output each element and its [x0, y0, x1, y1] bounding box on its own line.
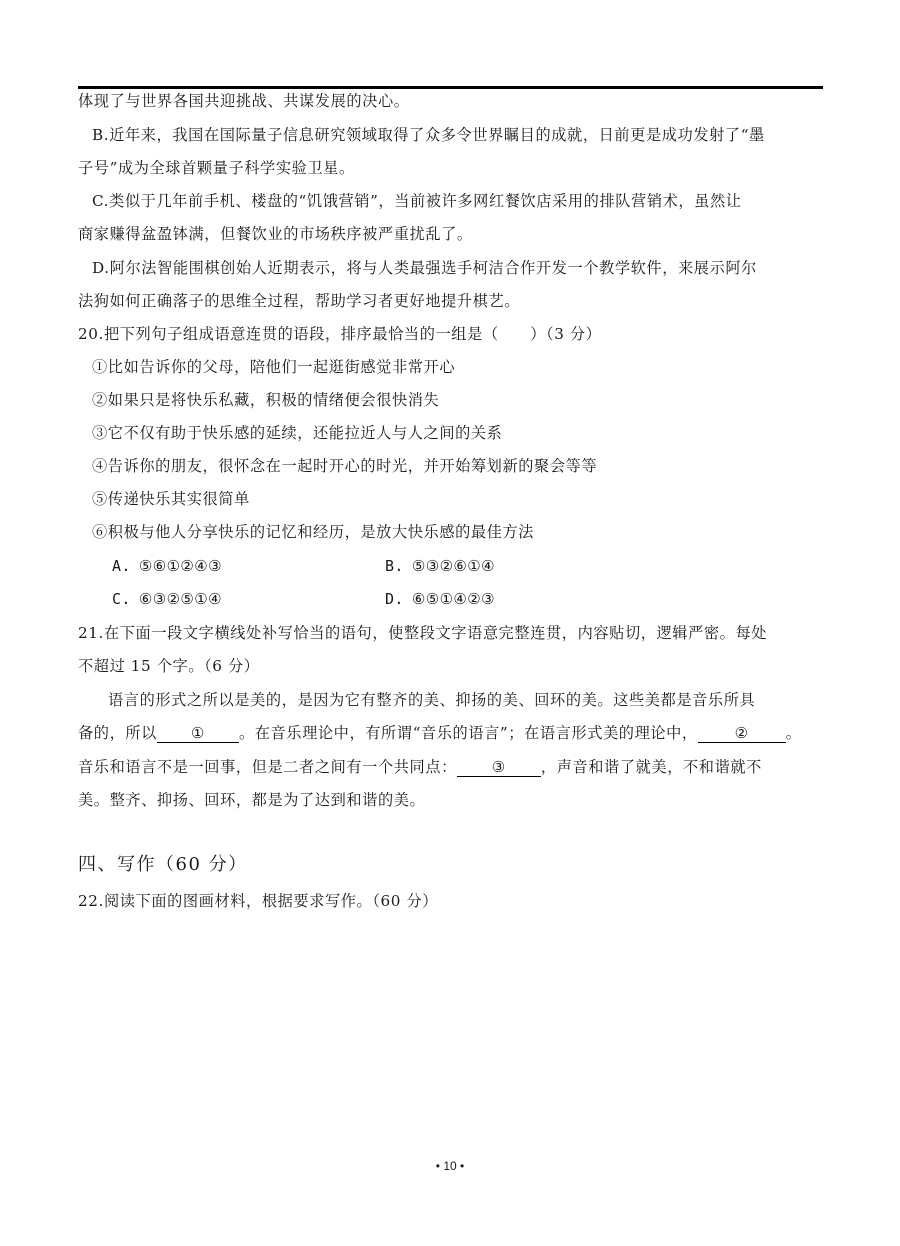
option-value: ⑥⑤①④②③	[412, 590, 495, 608]
section-4-title: 四、写作（60 分）	[78, 853, 248, 877]
q20-option-d: D.⑥⑤①④②③	[385, 589, 495, 609]
q21-stem-line1: 21.在下面一段文字横线处补写恰当的语句，使整段文字语意完整连贯，内容贴切，逻辑…	[78, 623, 767, 643]
q21-paragraph-line2: 备的，所以①。在音乐理论中，有所谓“音乐的语言”；在语言形式美的理论中，②。	[78, 723, 802, 743]
q19-option-b-line2: 子号”成为全球首颗量子科学实验卫星。	[78, 158, 355, 178]
q19-option-c-line2: 商家赚得盆盈钵满，但餐饮业的市场秩序被严重扰乱了。	[78, 224, 473, 244]
q20-option-b: B.⑤③②⑥①④	[385, 556, 495, 576]
q20-stem: 20.把下列句子组成语意连贯的语段，排序最恰当的一组是（ ）（3 分）	[78, 324, 601, 344]
q20-sentence-4: ④告诉你的朋友，很怀念在一起时开心的时光，并开始筹划新的聚会等等	[92, 456, 597, 476]
q19-option-a-tail: 体现了与世界各国共迎挑战、共谋发展的决心。	[78, 91, 410, 111]
q21-blank-1[interactable]: ①	[157, 725, 239, 743]
option-value: ⑤⑥①②④③	[139, 557, 222, 575]
q20-sentence-5: ⑤传递快乐其实很简单	[92, 489, 250, 509]
q21-blank-2[interactable]: ②	[698, 725, 786, 743]
q20-sentence-3: ③它不仅有助于快乐感的延续，还能拉近人与人之间的关系	[92, 423, 502, 443]
q21-text: ，声音和谐了就美，不和谐就不	[541, 758, 762, 776]
q21-paragraph-line3: 音乐和语言不是一回事，但是二者之间有一个共同点：③，声音和谐了就美，不和谐就不	[78, 757, 762, 777]
q20-sentence-6: ⑥积极与他人分享快乐的记忆和经历，是放大快乐感的最佳方法	[92, 522, 534, 542]
q19-option-d-line1: D.阿尔法智能围棋创始人近期表示，将与人类最强选手柯洁合作开发一个教学软件，来展…	[92, 258, 757, 278]
q21-text: 音乐和语言不是一回事，但是二者之间有一个共同点：	[78, 758, 457, 776]
q21-paragraph-line4: 美。整齐、抑扬、回环，都是为了达到和谐的美。	[78, 790, 425, 810]
option-value: ⑥③②⑤①④	[139, 590, 222, 608]
option-letter: A.	[112, 557, 131, 575]
q19-option-d-line2: 法狗如何正确落子的思维全过程，帮助学习者更好地提升棋艺。	[78, 291, 520, 311]
option-letter: C.	[112, 590, 131, 608]
q20-sentence-1: ①比如告诉你的父母，陪他们一起逛街感觉非常开心	[92, 357, 455, 377]
q21-stem-line2: 不超过 15 个字。（6 分）	[78, 656, 260, 676]
exam-page: 体现了与世界各国共迎挑战、共谋发展的决心。 B.近年来，我国在国际量子信息研究领…	[0, 0, 900, 1246]
q22-stem: 22.阅读下面的图画材料，根据要求写作。（60 分）	[78, 891, 438, 911]
q19-option-b-line1: B.近年来，我国在国际量子信息研究领域取得了众多令世界瞩目的成就，日前更是成功发…	[92, 125, 765, 145]
option-letter: B.	[385, 557, 404, 575]
q21-text: 备的，所以	[78, 724, 157, 742]
q20-sentence-2: ②如果只是将快乐私藏，积极的情绪便会很快消失	[92, 390, 439, 410]
q21-blank-3[interactable]: ③	[457, 759, 541, 777]
option-letter: D.	[385, 590, 404, 608]
q21-text: 。	[786, 724, 802, 742]
q19-option-c-line1: C.类似于几年前手机、楼盘的“饥饿营销”，当前被许多网红餐饮店采用的排队营销术，…	[92, 191, 742, 211]
page-number: • 10 •	[0, 1158, 900, 1174]
header-rule	[78, 86, 823, 89]
q20-option-c: C.⑥③②⑤①④	[112, 589, 222, 609]
q21-paragraph-line1: 语言的形式之所以是美的，是因为它有整齐的美、抑扬的美、回环的美。这些美都是音乐所…	[108, 690, 755, 710]
q21-text: 。在音乐理论中，有所谓“音乐的语言”；在语言形式美的理论中，	[239, 724, 698, 742]
option-value: ⑤③②⑥①④	[412, 557, 495, 575]
q20-option-a: A.⑤⑥①②④③	[112, 556, 222, 576]
